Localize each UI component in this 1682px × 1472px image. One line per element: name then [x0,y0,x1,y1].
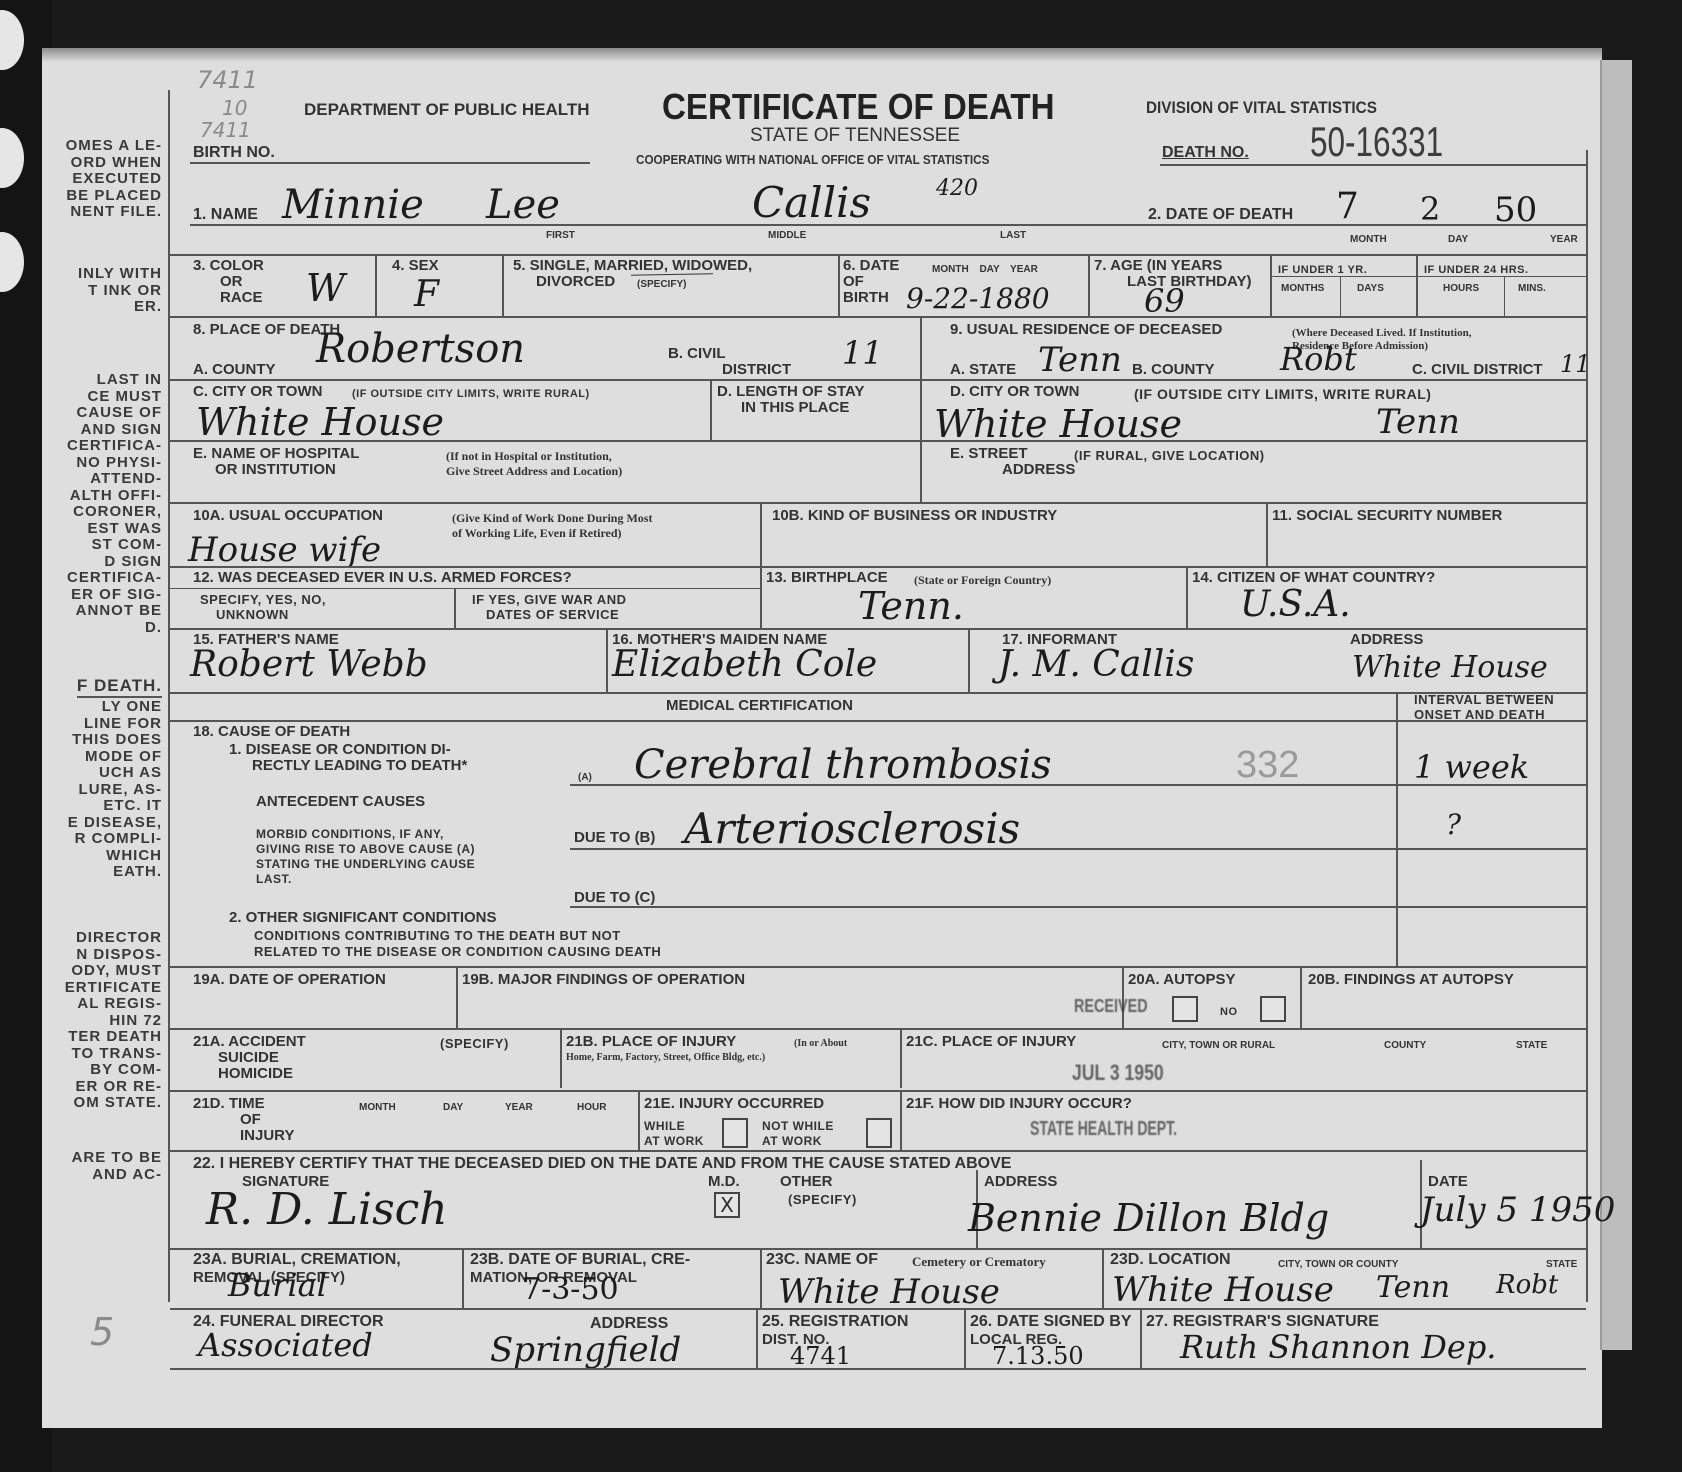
binder-hole [0,232,24,292]
rule [170,588,762,589]
antecedent-label: ANTECEDENT CAUSES [256,794,425,810]
autopsy-no-checkbox[interactable] [1260,996,1286,1022]
mins-label: MINS. [1518,281,1546,297]
color-label-or: OR [220,274,243,290]
res-street-hint: (IF RURAL, GIVE LOCATION) [1074,448,1265,464]
form-left-border [168,90,170,1302]
rule [462,1248,464,1308]
cemetery-hint: Cemetery or Crematory [912,1254,1046,1270]
date-signed: 7.13.50 [992,1342,1084,1370]
res-civil-district: 11 [1560,350,1591,378]
pencil-note: 7411 [200,118,251,142]
rule [170,966,1586,968]
rule [570,906,1586,908]
hospital-label-2: OR INSTITUTION [215,462,336,478]
length-of-stay-label-2: IN THIS PLACE [741,400,849,416]
marital-specify: (SPECIFY) [637,277,686,293]
rule [170,316,1586,318]
name-last: Callis [752,178,871,227]
place-of-injury-label: 21B. PLACE OF INJURY [566,1034,736,1050]
time-hour-caption: HOUR [577,1100,606,1116]
burial-location: White House [1112,1270,1334,1310]
rule [1270,256,1272,316]
armed-dates: DATES OF SERVICE [486,607,619,623]
due-to-c-label: DUE TO (C) [574,890,655,906]
cemetery-name: White House [778,1272,1000,1312]
death-number: 50-16331 [1310,118,1443,166]
rule [1140,1308,1142,1368]
color-label: 3. COLOR [193,258,264,274]
rule [570,848,1586,850]
funeral-director: Associated [198,1326,373,1364]
day-caption: DAY [1448,232,1468,248]
rule [170,1368,1586,1370]
dob-label: 6. DATE [843,258,899,274]
time-of-injury-label: 21D. TIME [193,1096,265,1112]
burial-location-state: Tenn [1376,1270,1450,1305]
morbid-text: GIVING RISE TO ABOVE CAUSE (A) [256,841,475,857]
margin-text-block: OMES A LE- ORD WHEN EXECUTED BE PLACED N… [66,138,162,221]
rule [170,1248,1586,1250]
cause-of-death-label: 18. CAUSE OF DEATH [193,724,350,740]
paper-edge [1600,60,1632,1350]
occupation-label: 10A. USUAL OCCUPATION [193,508,383,524]
rule [760,502,762,566]
while-at-work-checkbox[interactable] [722,1118,748,1148]
rule [1160,164,1588,166]
rule [170,1150,1586,1152]
informant-address: White House [1352,650,1548,685]
rule [170,440,922,442]
certification-date-label: DATE [1428,1174,1468,1190]
informant-address-label: ADDRESS [1350,632,1423,648]
rule [1186,566,1188,628]
margin-text-block: DIRECTOR N DISPOS- ODY, MUST ERTIFICATE … [65,930,162,1112]
time-year-caption: YEAR [505,1100,533,1116]
disease-label: 1. DISEASE OR CONDITION DI- [229,742,451,758]
time-month-caption: MONTH [359,1100,396,1116]
length-of-stay-label: D. LENGTH OF STAY [717,384,865,400]
cause-a: Cerebral thrombosis [634,742,1052,788]
occupation-hint-2: of Working Life, Even if Retired) [452,525,622,541]
ssn-label: 11. SOCIAL SECURITY NUMBER [1272,508,1502,524]
res-state: Tenn [1038,340,1122,380]
rule [1396,692,1398,968]
rule [1102,1248,1104,1308]
rule [1266,502,1268,566]
interval-b: ? [1446,808,1461,841]
rule [920,316,922,502]
department-label: DEPARTMENT OF PUBLIC HEALTH [304,102,590,118]
res-city-state: Tenn [1376,402,1460,442]
cause-a-code: 332 [1236,744,1299,787]
rule [170,692,1586,694]
res-city-label: D. CITY OR TOWN [950,384,1079,400]
physician-signature: R. D. Lisch [206,1184,448,1235]
rule [456,966,458,1028]
dob-label-birth: BIRTH [843,290,889,306]
name-annotation: 420 [936,176,978,201]
other-conditions-hint: RELATED TO THE DISEASE OR CONDITION CAUS… [254,944,661,960]
morbid-text: MORBID CONDITIONS, IF ANY, [256,826,444,842]
other-label: OTHER [780,1174,833,1190]
place-of-injury-c-label: 21C. PLACE OF INJURY [906,1034,1076,1050]
hospital-label: E. NAME OF HOSPITAL [193,446,359,462]
time-of-injury-injury: INJURY [240,1128,294,1144]
date-signed-label: 26. DATE SIGNED BY [970,1314,1132,1330]
pod-county-label: A. COUNTY [193,362,276,378]
rule [170,1090,1586,1092]
pod-county: Robertson [316,326,525,372]
cause-b: Arteriosclerosis [684,804,1020,853]
md-label: M.D. [708,1174,740,1190]
rule [190,162,590,164]
rule [968,628,970,692]
pod-city: White House [196,400,444,444]
other-specify-label: (SPECIFY) [788,1192,857,1208]
accident-label: 21A. ACCIDENT [193,1034,306,1050]
informant-name: J. M. Callis [998,644,1194,685]
marital-label-divorced: DIVORCED [536,274,615,290]
name-label: 1. NAME [193,207,258,223]
how-injury-occurred-label: 21F. HOW DID INJURY OCCUR? [906,1096,1132,1112]
last-caption: LAST [1000,228,1026,244]
color-label-race: RACE [220,290,263,306]
morbid-text: LAST. [256,871,292,887]
health-dept-stamp: STATE HEALTH DEPT. [1030,1118,1177,1141]
rule [170,1308,1586,1310]
pod-district-label: DISTRICT [722,362,791,378]
burial-date-label: 23B. DATE OF BURIAL, CRE- [470,1252,690,1268]
rule [838,256,840,316]
hospital-hint: (If not in Hospital or Institution, [446,448,612,464]
age-value: 69 [1144,282,1185,320]
disease-label-2: RECTLY LEADING TO DEATH* [252,758,467,774]
not-while-at-work-checkbox[interactable] [866,1118,892,1148]
margin-text-block: ARE TO BE AND AC- [72,1150,162,1183]
name-first: Minnie [282,182,424,228]
burial-location-label: 23D. LOCATION [1110,1252,1231,1268]
autopsy-yes-checkbox[interactable] [1172,996,1198,1022]
rule [190,224,1586,226]
date-of-birth: 9-22-1880 [906,282,1050,315]
not-while-at-work-label-2: AT WORK [762,1133,822,1149]
rule [1088,256,1090,316]
cooperating-label: COOPERATING WITH NATIONAL OFFICE OF VITA… [636,152,989,168]
while-at-work-label-2: AT WORK [644,1133,704,1149]
division-label: DIVISION OF VITAL STATISTICS [1146,100,1377,116]
rule [170,720,1586,722]
registrar-signature: Ruth Shannon Dep. [1180,1328,1496,1366]
paper-top-shadow [42,48,1602,62]
sex-label: 4. SEX [392,258,439,274]
autopsy-no-label: NO [1220,1004,1238,1020]
days-label: DAYS [1357,281,1384,297]
pencil-note: 7411 [197,66,258,94]
rule [638,1090,640,1150]
injury-city-caption: CITY, TOWN OR RURAL [1162,1038,1275,1054]
death-no-label: DEATH NO. [1162,145,1249,161]
months-label: MONTHS [1281,281,1324,297]
injury-state-caption: STATE [1516,1038,1547,1054]
res-street-label: E. STREET [950,446,1028,462]
margin-instructions: OMES A LE- ORD WHEN EXECUTED BE PLACED N… [42,138,162,1338]
while-at-work-label: WHILE [644,1118,685,1134]
birth-no-label: BIRTH NO. [193,145,275,161]
rule [920,440,1586,442]
margin-text-block: LAST IN CE MUST CAUSE OF AND SIGN CERTIF… [67,372,162,636]
injury-county-caption: COUNTY [1384,1038,1426,1054]
place-of-injury-hint: (In or About [794,1036,847,1052]
rule [502,256,504,316]
color-value: W [306,266,345,310]
suicide-label: SUICIDE [218,1050,279,1066]
age-label: 7. AGE (IN YEARS [1094,258,1222,274]
autopsy-findings-label: 20B. FINDINGS AT AUTOPSY [1308,972,1514,988]
not-while-at-work-label: NOT WHILE [762,1118,834,1134]
due-to-b-label: DUE TO (B) [574,830,655,846]
rule [170,254,1586,256]
reg-district-label: 25. REGISTRATION [762,1314,908,1330]
rule [375,256,377,316]
operation-findings-label: 19B. MAJOR FINDINGS OF OPERATION [462,972,745,988]
pencil-mark: 5 [90,1310,114,1354]
res-county: Robt [1280,340,1357,378]
res-county-label: B. COUNTY [1132,362,1215,378]
rule [170,1028,1586,1030]
date-of-death-label: 2. DATE OF DEATH [1148,207,1293,223]
burial-method: Burial [228,1266,327,1304]
certification-label: 22. I HEREBY CERTIFY THAT THE DECEASED D… [193,1156,1011,1172]
certifier-address-label: ADDRESS [984,1174,1057,1190]
occupation-hint: (Give Kind of Work Done During Most [452,510,652,526]
place-of-injury-hint-2: Home, Farm, Factory, Street, Office Bldg… [566,1050,765,1066]
interval-label: INTERVAL BETWEEN [1414,692,1554,708]
under-24hrs-label: IF UNDER 24 HRS. [1424,262,1529,278]
other-conditions-hint: CONDITIONS CONTRIBUTING TO THE DEATH BUT… [254,928,621,944]
hours-label: HOURS [1443,281,1479,297]
year-caption: YEAR [1550,232,1578,248]
business-label: 10B. KIND OF BUSINESS OR INDUSTRY [772,508,1057,524]
birthplace-value: Tenn. [858,584,964,628]
operation-date-label: 19A. DATE OF OPERATION [193,972,386,988]
citizen-value: U.S.A. [1240,584,1351,625]
occupation-value: House wife [188,530,381,570]
res-address-label: ADDRESS [1002,462,1075,478]
first-caption: FIRST [546,228,575,244]
cemetery-label: 23C. NAME OF [766,1252,878,1268]
pencil-note: 10 [222,96,247,120]
pod-city-label: C. CITY OR TOWN [193,384,322,400]
md-checkbox[interactable]: X [714,1192,740,1218]
burial-date: 7-3-50 [522,1272,619,1307]
res-city-hint: (IF OUTSIDE CITY LIMITS, WRITE RURAL) [1134,386,1431,402]
rule [964,1308,966,1368]
certification-date: July 5 1950 [1420,1190,1615,1230]
morbid-text: STATING THE UNDERLYING CAUSE [256,856,475,872]
pod-civil-label: B. CIVIL [668,346,726,362]
received-date-stamp: JUL 3 1950 [1072,1060,1164,1086]
rule [606,628,608,692]
armed-unknown: UNKNOWN [216,607,289,623]
time-of-injury-of: OF [240,1112,261,1128]
rule [1416,256,1418,316]
form-right-border [1586,150,1588,1302]
reg-district: 4741 [790,1342,851,1370]
margin-text-block: INLY WITH T INK OR ER. [78,266,162,316]
rule [170,566,1586,568]
injury-occurred-label: 21E. INJURY OCCURRED [644,1096,824,1112]
armed-specify: SPECIFY, YES, NO, [200,592,326,608]
marital-label: 5. SINGLE, MARRIED, WIDOWED, [513,258,752,274]
father-name: Robert Webb [190,644,428,685]
hospital-hint-2: Give Street Address and Location) [446,463,622,479]
autopsy-label: 20A. AUTOPSY [1128,972,1236,988]
rule [710,380,712,440]
rule [560,1028,562,1088]
rule [1300,966,1302,1028]
certifier-address: Bennie Dillon Bldg [968,1196,1329,1240]
accident-specify: (SPECIFY) [440,1036,509,1052]
month-caption: MONTH [1350,232,1387,248]
rule [170,628,1586,630]
name-middle: Lee [486,182,560,228]
rule [1340,276,1341,316]
rule [570,784,1586,786]
page-title: CERTIFICATE OF DEATH [662,86,1055,128]
binder-hole [0,10,24,70]
dod-year: 50 [1494,190,1537,230]
other-conditions-label: 2. OTHER SIGNIFICANT CONDITIONS [229,910,497,926]
rule [760,1248,762,1308]
middle-caption: MIDDLE [768,228,806,244]
homicide-label: HOMICIDE [218,1066,293,1082]
rule [170,379,1586,381]
rule [756,1308,758,1368]
margin-heading: F DEATH. [77,678,162,698]
burial-location-county: Robt [1496,1270,1558,1300]
rule [900,1028,902,1088]
armed-forces-label: 12. WAS DECEASED EVER IN U.S. ARMED FORC… [193,570,572,586]
dod-month: 7 [1336,186,1359,227]
rule [760,566,762,628]
state-label: STATE OF TENNESSEE [750,128,960,144]
received-stamp: RECEIVED [1074,996,1148,1017]
interval-a: 1 week [1414,748,1529,786]
res-civil-label: C. CIVIL DISTRICT [1412,362,1543,378]
dod-day: 2 [1420,190,1440,228]
armed-war: IF YES, GIVE WAR AND [472,592,626,608]
time-day-caption: DAY [443,1100,463,1116]
pod-civil-district: 11 [842,334,883,372]
rule [454,588,456,628]
rule [900,1090,902,1150]
rule [1504,276,1505,316]
dob-columns: MONTH DAY YEAR [932,262,1038,278]
margin-text-block: LY ONE LINE FOR THIS DOES MODE OF UCH AS… [68,699,162,881]
medical-section-title: MEDICAL CERTIFICATION [666,698,853,714]
dob-label-of: OF [843,274,864,290]
rule [170,502,1586,504]
sex-value: F [414,274,439,315]
mother-name: Elizabeth Cole [612,644,877,685]
funeral-director-address: Springfield [490,1330,681,1370]
residence-label: 9. USUAL RESIDENCE OF DECEASED [950,322,1222,338]
res-state-label: A. STATE [950,362,1016,378]
binder-hole [0,128,24,188]
